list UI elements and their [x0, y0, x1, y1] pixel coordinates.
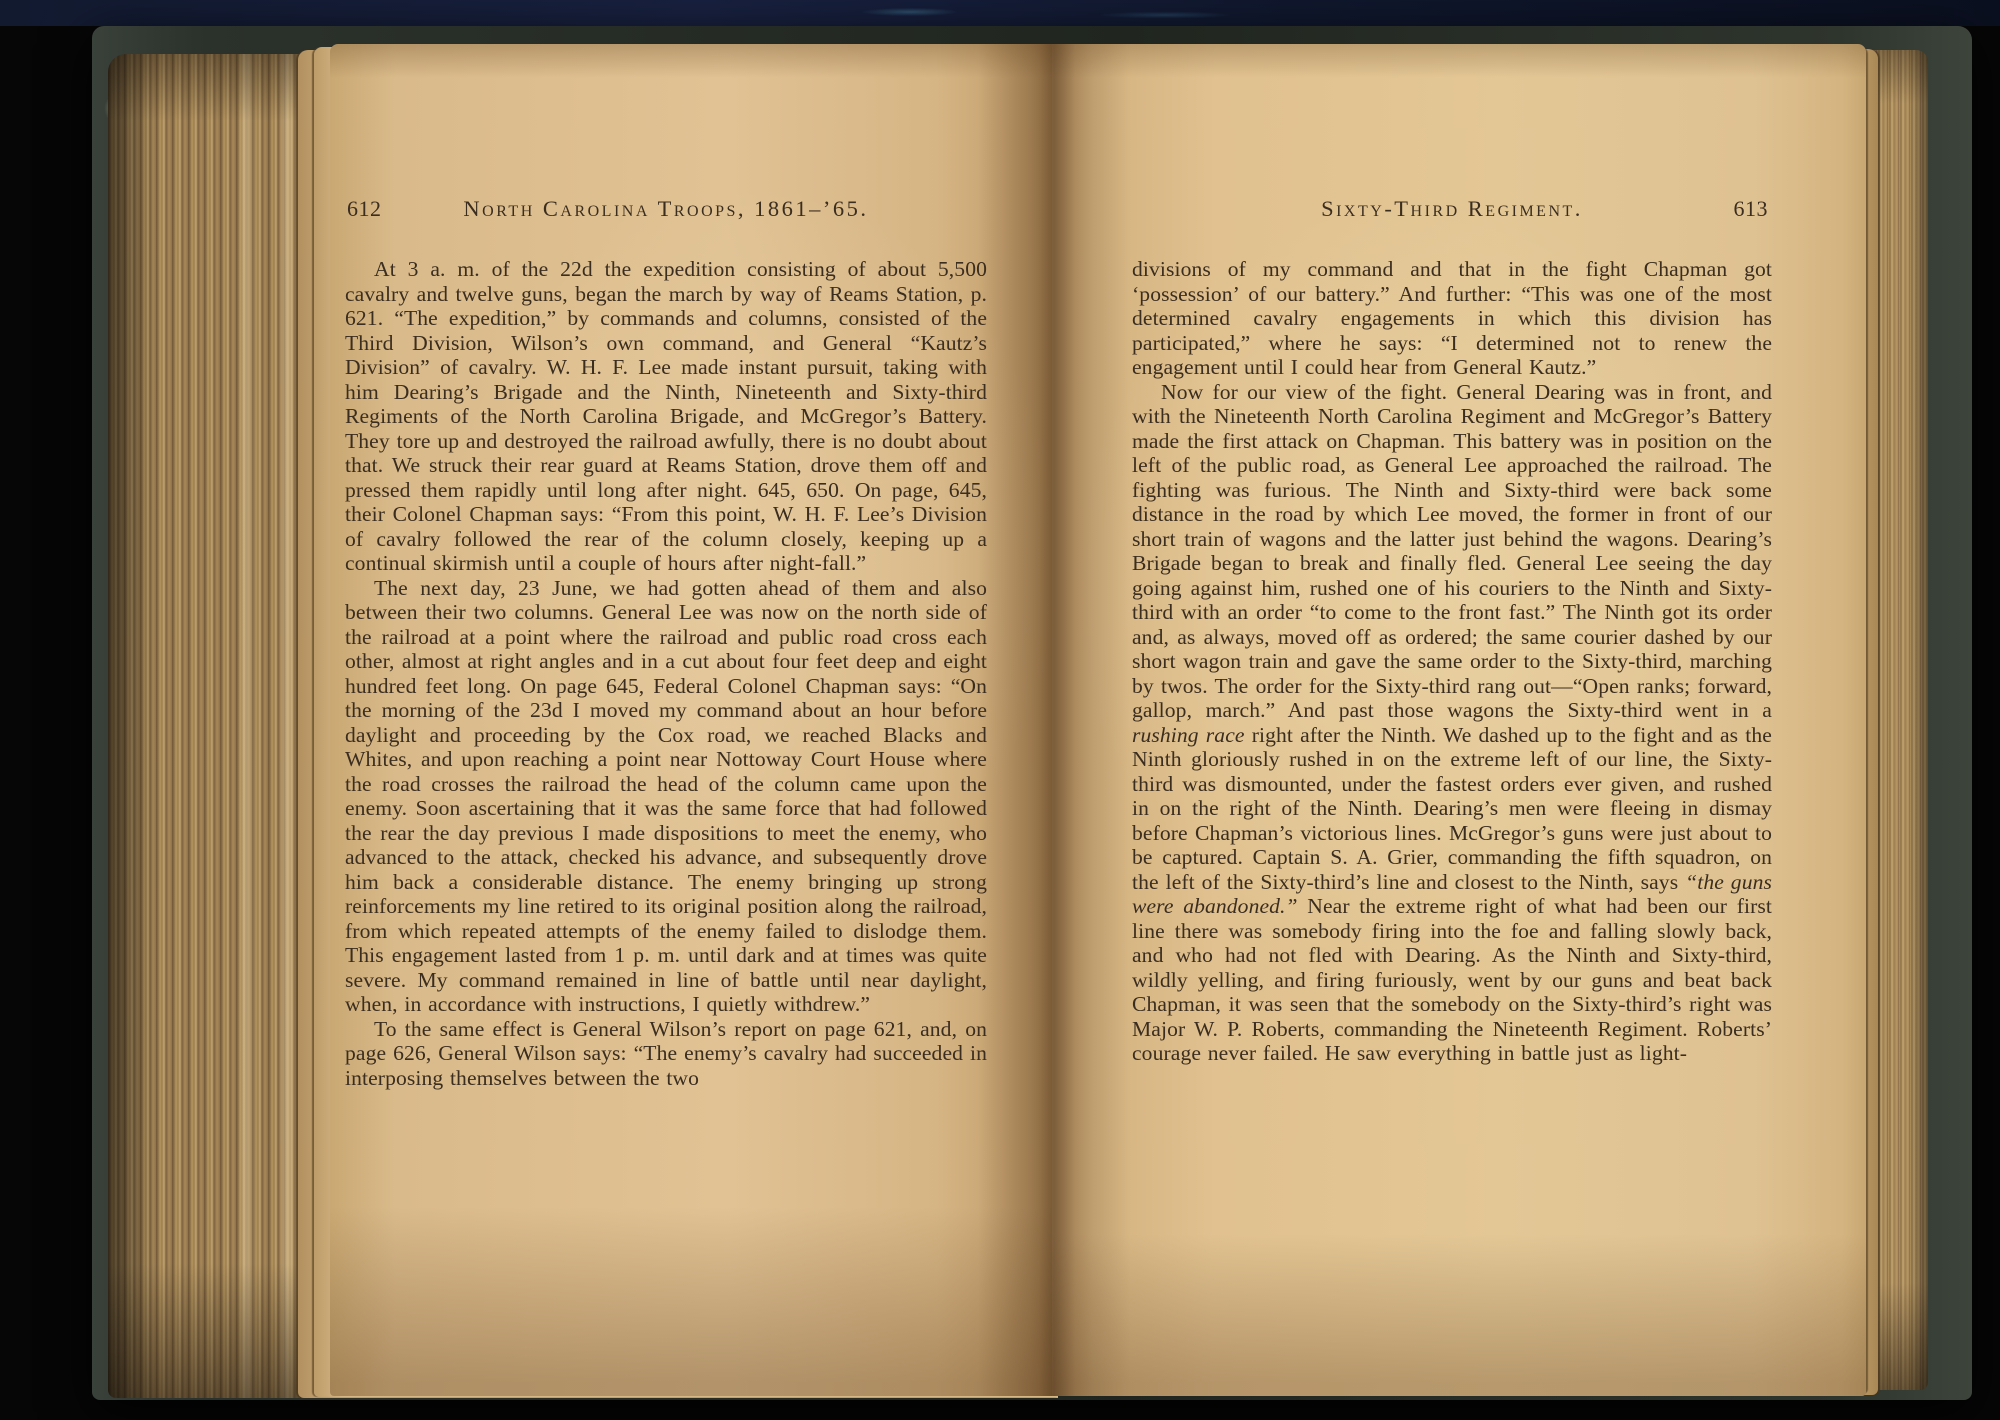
right-page-content: Sixty-Third Regiment. 613 divisions of m…: [1132, 196, 1772, 1066]
paragraph: Now for our view of the fight. General D…: [1132, 380, 1772, 1066]
paragraph: At 3 a. m. of the 22d the expedition con…: [345, 257, 987, 576]
left-page-header: 612 North Carolina Troops, 1861–’65.: [345, 196, 987, 226]
left-page-content: 612 North Carolina Troops, 1861–’65. At …: [345, 196, 987, 1090]
right-running-title: Sixty-Third Regiment.: [1132, 196, 1772, 222]
text-run: At 3 a. m. of the 22d the expedition con…: [345, 257, 987, 575]
text-run: The next day, 23 June, we had gotten ahe…: [345, 576, 987, 1017]
paragraph: divisions of my command and that in the …: [1132, 257, 1772, 380]
right-page-text: divisions of my command and that in the …: [1132, 257, 1772, 1066]
left-running-title: North Carolina Troops, 1861–’65.: [345, 196, 987, 222]
right-page-header: Sixty-Third Regiment. 613: [1132, 196, 1772, 226]
text-run: To the same effect is General Wilson’s r…: [345, 1017, 987, 1090]
left-page-number: 612: [347, 196, 382, 222]
text-run: right after the Ninth. We dashed up to t…: [1132, 723, 1772, 894]
italic-text-run: rushing race: [1132, 723, 1245, 747]
text-run: Near the extreme right of what had been …: [1132, 894, 1772, 1065]
right-page-number: 613: [1734, 196, 1769, 222]
paragraph: To the same effect is General Wilson’s r…: [345, 1017, 987, 1091]
background-top-edge: [0, 0, 2000, 26]
text-run: Now for our view of the fight. General D…: [1132, 380, 1772, 723]
text-run: divisions of my command and that in the …: [1132, 257, 1772, 379]
left-page-text: At 3 a. m. of the 22d the expedition con…: [345, 257, 987, 1090]
book-photograph: 612 North Carolina Troops, 1861–’65. At …: [0, 0, 2000, 1420]
paragraph: The next day, 23 June, we had gotten ahe…: [345, 576, 987, 1017]
